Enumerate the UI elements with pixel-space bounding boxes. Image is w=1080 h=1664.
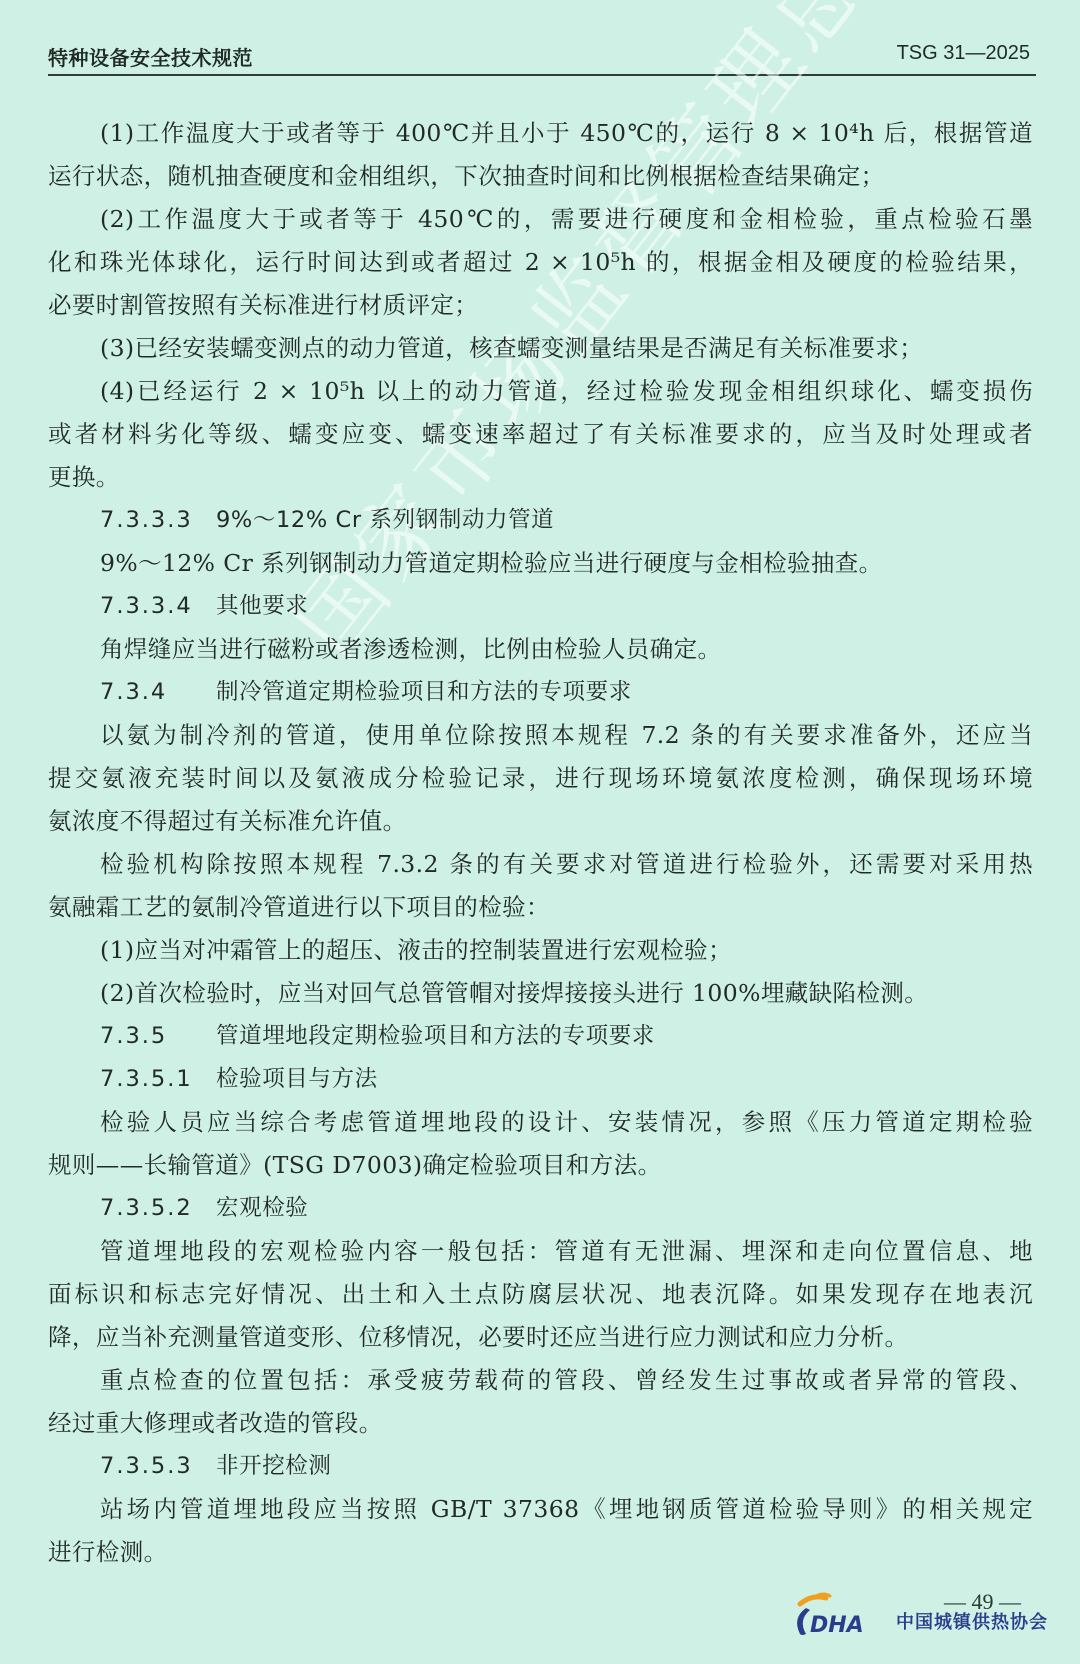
section-number: 7.3.5.1 [100, 1058, 216, 1101]
body-text-line: 进行检测。 [48, 1531, 1033, 1574]
section-number: 7.3.5.2 [100, 1187, 216, 1230]
body-text-line: 面标识和标志完好情况、出土和入土点防腐层状况、地表沉降。如果发现存在地表沉 [48, 1273, 1033, 1316]
body-text-line: 规则——长输管道》(TSG D7003)确定检验项目和方法。 [48, 1144, 1033, 1187]
body-text-line: 角焊缝应当进行磁粉或者渗透检测，比例由检验人员确定。 [48, 628, 1033, 671]
section-heading: 7.3.5.1检验项目与方法 [48, 1058, 1033, 1101]
body-text-line: 站场内管道埋地段应当按照 GB/T 37368《埋地钢质管道检验导则》的相关规定 [48, 1488, 1033, 1531]
cdha-logo: DHA 中国城镇供热协会 [786, 1590, 1056, 1640]
body-text-line: 更换。 [48, 456, 1033, 499]
body-text-line: (1)工作温度大于或者等于 400℃并且小于 450℃的，运行 8 × 10⁴h… [48, 112, 1033, 155]
section-number: 7.3.5 [100, 1015, 216, 1058]
section-number: 7.3.3.3 [100, 499, 216, 542]
section-title: 制冷管道定期检验项目和方法的专项要求 [216, 679, 632, 705]
section-title: 9%～12% Cr 系列钢制动力管道 [216, 507, 554, 533]
section-heading: 7.3.5管道埋地段定期检验项目和方法的专项要求 [48, 1015, 1033, 1058]
body-text-line: 以氨为制冷剂的管道，使用单位除按照本规程 7.2 条的有关要求准备外，还应当 [48, 714, 1033, 757]
body-text-line: (4)已经运行 2 × 10⁵h 以上的动力管道，经过检验发现金相组织球化、蠕变… [48, 370, 1033, 413]
header-series-title: 特种设备安全技术规范 [48, 42, 253, 71]
section-title: 其他要求 [216, 593, 308, 619]
body-text-line: 降，应当补充测量管道变形、位移情况，必要时还应当进行应力测试和应力分析。 [48, 1316, 1033, 1359]
section-heading: 7.3.3.4其他要求 [48, 585, 1033, 628]
section-number: 7.3.5.3 [100, 1445, 216, 1488]
section-heading: 7.3.5.3非开挖检测 [48, 1445, 1033, 1488]
section-heading: 7.3.3.39%～12% Cr 系列钢制动力管道 [48, 499, 1033, 542]
section-number: 7.3.3.4 [100, 585, 216, 628]
body-text-line: 重点检查的位置包括：承受疲劳载荷的管段、曾经发生过事故或者异常的管段、 [48, 1359, 1033, 1402]
running-header: 特种设备安全技术规范 TSG 31—2025 [48, 40, 1036, 76]
body-text-line: 管道埋地段的宏观检验内容一般包括：管道有无泄漏、埋深和走向位置信息、地 [48, 1230, 1033, 1273]
body-text-line: 9%～12% Cr 系列钢制动力管道定期检验应当进行硬度与金相检验抽查。 [48, 542, 1033, 585]
body-text-line: (3)已经安装蠕变测点的动力管道，核查蠕变测量结果是否满足有关标准要求； [48, 327, 1033, 370]
body-text-line: 提交氨液充装时间以及氨液成分检验记录，进行现场环境氨浓度检测，确保现场环境 [48, 757, 1033, 800]
section-heading: 7.3.4制冷管道定期检验项目和方法的专项要求 [48, 671, 1033, 714]
body-text-line: 或者材料劣化等级、蠕变应变、蠕变速率超过了有关标准要求的，应当及时处理或者 [48, 413, 1033, 456]
logo-org-name: 中国城镇供热协会 [896, 1608, 1048, 1634]
section-number: 7.3.4 [100, 671, 216, 714]
body-text-line: 经过重大修理或者改造的管段。 [48, 1402, 1033, 1445]
svg-text:DHA: DHA [810, 1613, 864, 1638]
section-title: 检验项目与方法 [216, 1066, 378, 1092]
section-heading: 7.3.5.2宏观检验 [48, 1187, 1033, 1230]
section-title: 管道埋地段定期检验项目和方法的专项要求 [216, 1023, 655, 1049]
header-standard-code: TSG 31—2025 [897, 42, 1030, 65]
document-body: (1)工作温度大于或者等于 400℃并且小于 450℃的，运行 8 × 10⁴h… [48, 112, 1033, 1574]
body-text-line: 化和珠光体球化，运行时间达到或者超过 2 × 10⁵h 的，根据金相及硬度的检验… [48, 241, 1033, 284]
body-text-line: (1)应当对冲霜管上的超压、液击的控制装置进行宏观检验； [48, 929, 1033, 972]
cdha-logo-icon: DHA [786, 1590, 886, 1640]
body-text-line: (2)工作温度大于或者等于 450℃的，需要进行硬度和金相检验，重点检验石墨 [48, 198, 1033, 241]
body-text-line: 检验人员应当综合考虑管道埋地段的设计、安装情况，参照《压力管道定期检验 [48, 1101, 1033, 1144]
body-text-line: 氨浓度不得超过有关标准允许值。 [48, 800, 1033, 843]
section-title: 宏观检验 [216, 1195, 308, 1221]
body-text-line: 检验机构除按照本规程 7.3.2 条的有关要求对管道进行检验外，还需要对采用热 [48, 843, 1033, 886]
body-text-line: 氨融霜工艺的氨制冷管道进行以下项目的检验： [48, 886, 1033, 929]
body-text-line: 运行状态，随机抽查硬度和金相组织，下次抽查时间和比例根据检查结果确定； [48, 155, 1033, 198]
body-text-line: (2)首次检验时，应当对回气总管管帽对接焊接接头进行 100%埋藏缺陷检测。 [48, 972, 1033, 1015]
body-text-line: 必要时割管按照有关标准进行材质评定； [48, 284, 1033, 327]
section-title: 非开挖检测 [216, 1453, 332, 1479]
